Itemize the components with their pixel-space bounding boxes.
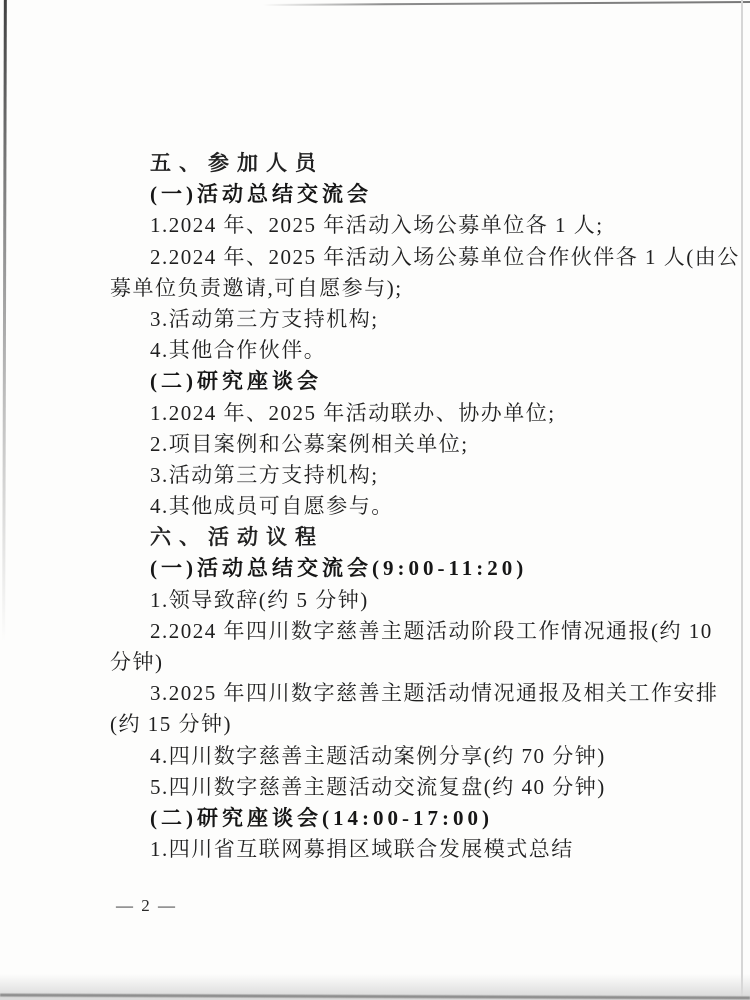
text-line: 1.四川省互联网募捐区域联合发展模式总结 — [110, 834, 716, 865]
heading-line: (二)研究座谈会(14:00-17:00) — [110, 803, 716, 834]
text-line: 3.活动第三方支持机构; — [110, 460, 716, 491]
heading-line: (二)研究座谈会 — [110, 366, 716, 397]
text-line: 1.领导致辞(约 5 分钟) — [110, 585, 716, 616]
document-content: 五、参加人员(一)活动总结交流会1.2024 年、2025 年活动入场公募单位各… — [110, 148, 716, 865]
scanned-document-page: 五、参加人员(一)活动总结交流会1.2024 年、2025 年活动入场公募单位各… — [0, 0, 750, 1000]
text-line: 4.四川数字慈善主题活动案例分享(约 70 分钟) — [110, 741, 716, 772]
text-line: 2.项目案例和公募案例相关单位; — [110, 429, 716, 460]
text-line: 募单位负责邀请,可自愿参与); — [110, 273, 716, 304]
text-line: (约 15 分钟) — [110, 709, 716, 740]
text-line: 4.其他成员可自愿参与。 — [110, 491, 716, 522]
heading-line: 五、参加人员 — [110, 148, 716, 179]
heading-line: 六、活动议程 — [110, 522, 716, 553]
text-line: 分钟) — [110, 647, 716, 678]
text-line: 5.四川数字慈善主题活动交流复盘(约 40 分钟) — [110, 772, 716, 803]
text-line: 3.活动第三方支持机构; — [110, 304, 716, 335]
text-line: 3.2025 年四川数字慈善主题活动情况通报及相关工作安排 — [110, 678, 716, 709]
heading-line: (一)活动总结交流会 — [110, 179, 716, 210]
heading-line: (一)活动总结交流会(9:00-11:20) — [110, 553, 716, 584]
scan-edge-right — [741, 0, 743, 1000]
scan-edge-left — [2, 0, 6, 641]
text-line: 1.2024 年、2025 年活动联办、协办单位; — [110, 398, 716, 429]
page-number: — 2 — — [116, 896, 177, 916]
scan-edge-top — [263, 1, 750, 6]
text-line: 1.2024 年、2025 年活动入场公募单位各 1 人; — [110, 210, 716, 241]
text-line: 2.2024 年四川数字慈善主题活动阶段工作情况通报(约 10 — [110, 616, 716, 647]
text-line: 4.其他合作伙伴。 — [110, 335, 716, 366]
text-line: 2.2024 年、2025 年活动入场公募单位合作伙伴各 1 人(由公 — [110, 242, 716, 273]
